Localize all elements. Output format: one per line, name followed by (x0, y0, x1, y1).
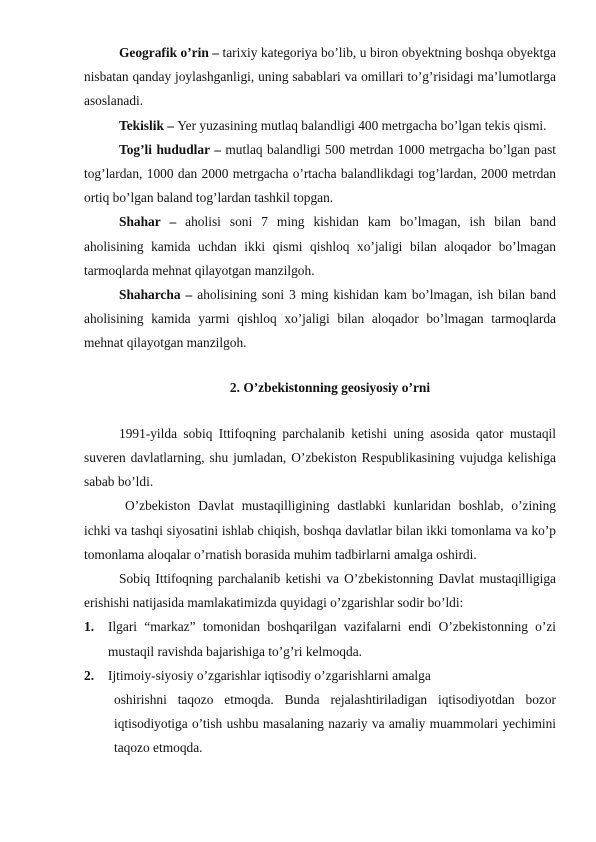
paragraph: O’zbekiston Davlat mustaqilligining dast… (84, 494, 556, 567)
definition-togli-hududlar: Tog’li hududlar – mutlaq balandligi 500 … (84, 138, 556, 211)
paragraph: Sobiq Ittifoqning parchalanib ketishi va… (84, 567, 556, 615)
list-item-text: Ilgari “markaz” tomonidan boshqarilgan v… (108, 615, 556, 663)
definition-geografik-orin: Geografik o’rin – tarixiy kategoriya bo’… (84, 41, 556, 114)
paragraph: 1991-yilda sobiq Ittifoqning parchalanib… (84, 422, 556, 495)
definition-term: Tog’li hududlar (119, 142, 210, 157)
definition-text: Yer yuzasining mutlaq balandligi 400 met… (177, 118, 546, 133)
list-item: 2. Ijtimoiy-siyosiy o’zgarishlar iqtisod… (84, 664, 556, 761)
list-number: 2. (84, 664, 94, 688)
list-item-text: Ijtimoiy-siyosiy o’zgarishlar iqtisodiy … (108, 664, 556, 688)
list-item-continuation: oshirishni taqozo etmoqda. Bunda rejalas… (108, 688, 556, 761)
list-number: 1. (84, 615, 94, 639)
definition-term: Geografik o’rin (119, 45, 209, 60)
definition-tekislik: Tekislik – Yer yuzasining mutlaq balandl… (84, 114, 556, 138)
definition-term: Tekislik (119, 118, 164, 133)
numbered-list: 1. Ilgari “markaz” tomonidan boshqarilga… (84, 615, 556, 760)
section-heading: 2. O’zbekistonning geosiyosiy o’rni (84, 376, 556, 400)
definition-shaharcha: Shaharcha – aholisining soni 3 ming kish… (84, 283, 556, 356)
document-page: Geografik o’rin – tarixiy kategoriya bo’… (84, 41, 556, 761)
definition-term: Shahar (119, 214, 160, 229)
definition-term: Shaharcha (119, 287, 181, 302)
list-item: 1. Ilgari “markaz” tomonidan boshqarilga… (84, 615, 556, 663)
definition-shahar: Shahar – aholisi soni 7 ming kishidan ka… (84, 210, 556, 283)
